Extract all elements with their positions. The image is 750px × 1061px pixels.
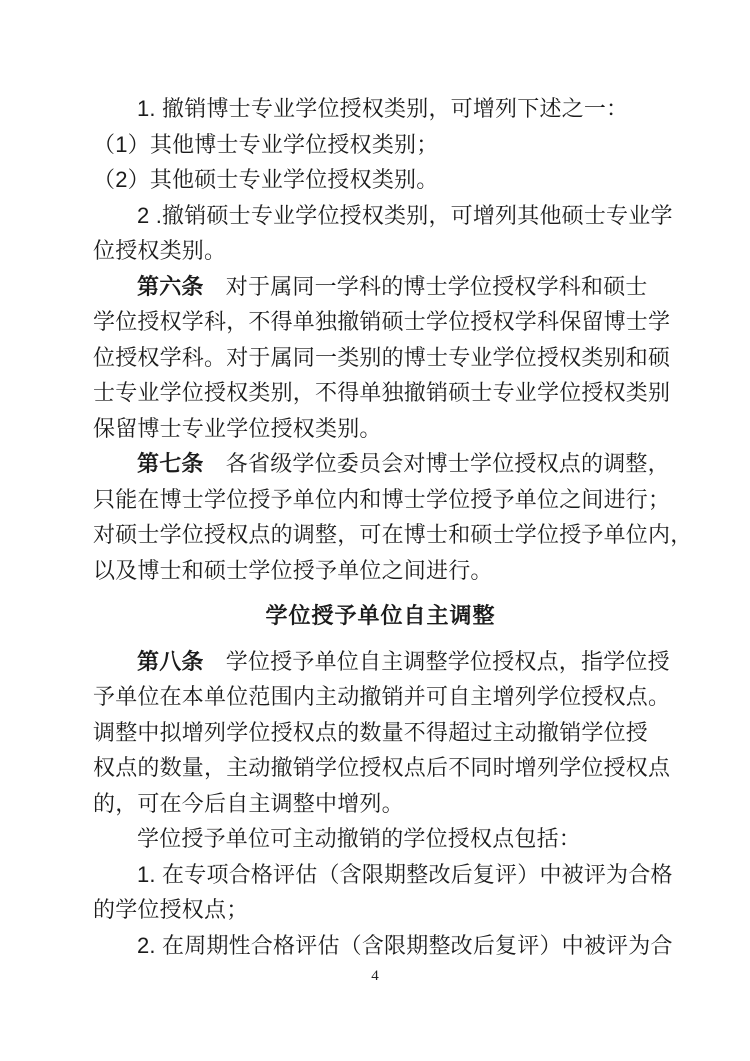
doc-line: 学位授予单位可主动撤销的学位授权点包括：: [93, 821, 668, 857]
doc-line: 调整中拟增列学位授权点的数量不得超过主动撤销学位授: [93, 715, 668, 751]
doc-line: 士专业学位授权类别，不得单独撤销硕士专业学位授权类别: [93, 375, 668, 411]
doc-line: 只能在博士学位授予单位内和博士学位授予单位之间进行；: [93, 482, 668, 518]
article-6-label: 第六条: [137, 274, 204, 299]
doc-line-item-2: 2 .撤销硕士专业学位授权类别，可增列其他硕士专业学: [93, 198, 668, 234]
doc-line-article-6: 第六条 对于属同一学科的博士学位授权学科和硕士: [93, 269, 668, 305]
doc-line: 保留博士专业学位授权类别。: [93, 411, 668, 447]
doc-line-sub-1: （1）其他博士专业学位授权类别；: [93, 127, 668, 163]
doc-line-article-8: 第八条 学位授予单位自主调整学位授权点，指学位授: [93, 644, 668, 680]
doc-line-article-7: 第七条 各省级学位委员会对博士学位授权点的调整，: [93, 446, 668, 482]
doc-line-sub-2: （2）其他硕士专业学位授权类别。: [93, 162, 668, 198]
article-6-text: 对于属同一学科的博士学位授权学科和硕士: [204, 274, 648, 299]
doc-line-item-1: 1. 撤销博士专业学位授权类别，可增列下述之一：: [93, 91, 668, 127]
doc-line: 学位授权学科，不得单独撤销硕士学位授权学科保留博士学: [93, 304, 668, 340]
article-7-text: 各省级学位委员会对博士学位授权点的调整，: [204, 451, 670, 476]
doc-line: 对硕士学位授权点的调整，可在博士和硕士学位授予单位内，: [93, 517, 668, 553]
section-heading: 学位授予单位自主调整: [93, 598, 668, 634]
doc-line: 权点的数量，主动撤销学位授权点后不同时增列学位授权点: [93, 750, 668, 786]
doc-line: 位授权类别。: [93, 233, 668, 269]
article-8-text: 学位授予单位自主调整学位授权点，指学位授: [204, 649, 670, 674]
doc-line-eval-item-2: 2. 在周期性合格评估（含限期整改后复评）中被评为合: [93, 928, 668, 964]
doc-line-eval-item-1: 1. 在专项合格评估（含限期整改后复评）中被评为合格: [93, 857, 668, 893]
page-number: 4: [0, 968, 750, 985]
doc-line: 位授权学科。对于属同一类别的博士专业学位授权类别和硕: [93, 340, 668, 376]
article-7-label: 第七条: [137, 451, 204, 476]
doc-line: 予单位在本单位范围内主动撤销并可自主增列学位授权点。: [93, 679, 668, 715]
doc-line: 的，可在今后自主调整中增列。: [93, 786, 668, 822]
doc-line: 的学位授权点；: [93, 892, 668, 928]
doc-line: 以及博士和硕士学位授予单位之间进行。: [93, 553, 668, 589]
document-body: 1. 撤销博士专业学位授权类别，可增列下述之一： （1）其他博士专业学位授权类别…: [93, 91, 668, 963]
article-8-label: 第八条: [137, 649, 204, 674]
